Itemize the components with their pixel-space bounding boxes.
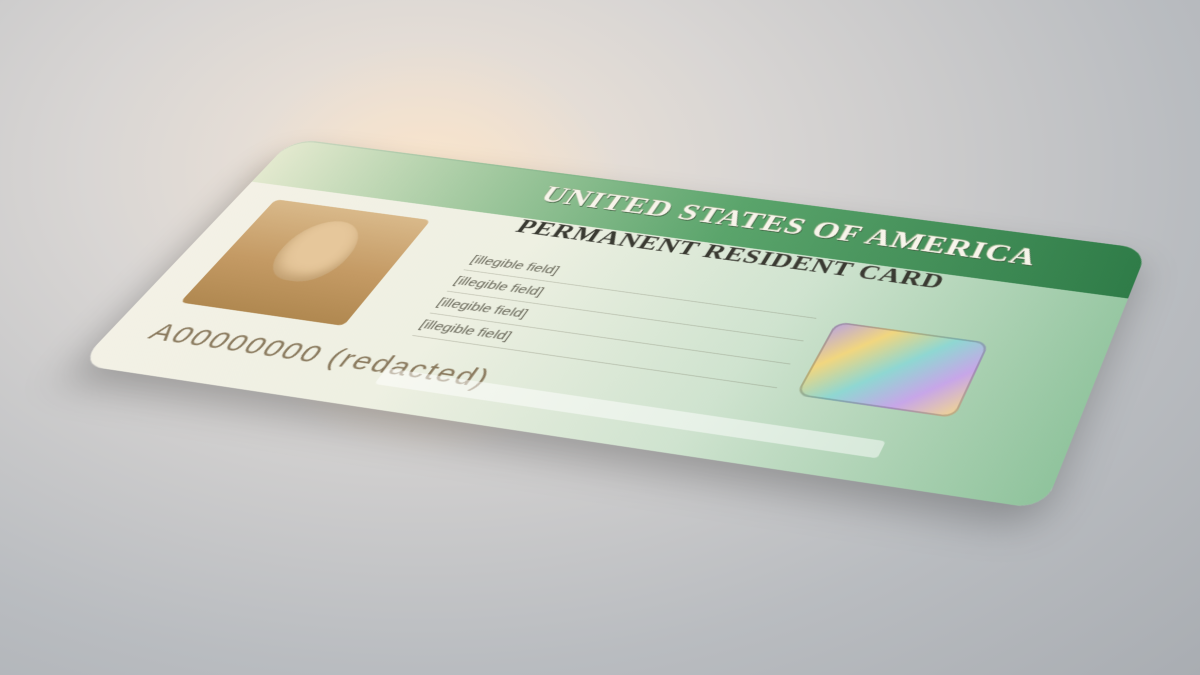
id-card: UNITED STATES OF AMERICA PERMANENT RESID…	[78, 138, 1148, 509]
hologram-chip-icon	[795, 322, 989, 419]
portrait-photo	[180, 199, 431, 326]
portrait-head	[257, 217, 374, 285]
card-body: UNITED STATES OF AMERICA PERMANENT RESID…	[78, 138, 1148, 509]
